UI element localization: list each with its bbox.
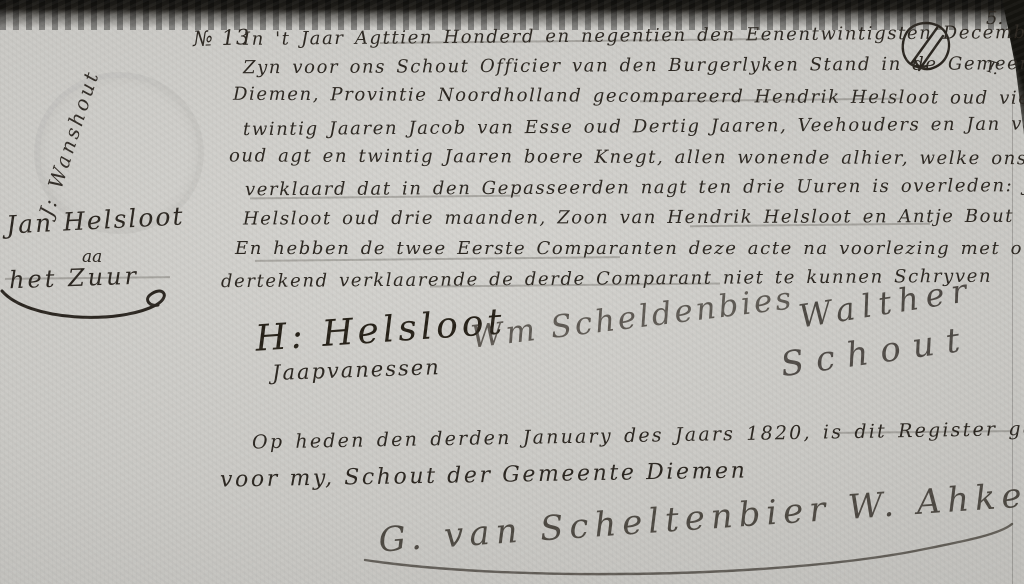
act-body: In 't Jaar Agttien Honderd en negentien …	[243, 25, 1024, 299]
margin-flourish	[0, 281, 185, 327]
act-line: En hebben de twee Eerste Comparanten dez…	[235, 238, 1024, 268]
act-line: twintig Jaaren Jacob van Esse oud Dertig…	[243, 113, 1024, 149]
act-line: Zyn voor ons Schout Officier van den Bur…	[243, 53, 1024, 88]
act-line: Diemen, Provintie Noordholland gecompare…	[233, 83, 1024, 118]
act-line: Helsloot oud drie maanden, Zoon van Hend…	[243, 206, 1024, 239]
signature-witness2: Jaapvanessen	[272, 355, 441, 385]
closing-signature-flourish	[360, 520, 1020, 580]
closing-line2: voor my, Schout der Gemeente Diemen	[220, 458, 748, 492]
act-line: oud agt en twintig Jaaren boere Knegt, a…	[229, 145, 1024, 178]
document-scan: № 13 5. T. J: Wanshout Jan Helsloot aa h…	[0, 0, 1024, 584]
act-line: verklaard dat in den Gepasseerden nagt t…	[245, 175, 1024, 210]
signature-witness1: H: Helsloot	[254, 301, 507, 359]
margin-deceased-name: Jan Helsloot	[5, 201, 185, 239]
closing-line1: Op heden den derden January des Jaars 18…	[252, 417, 1024, 454]
